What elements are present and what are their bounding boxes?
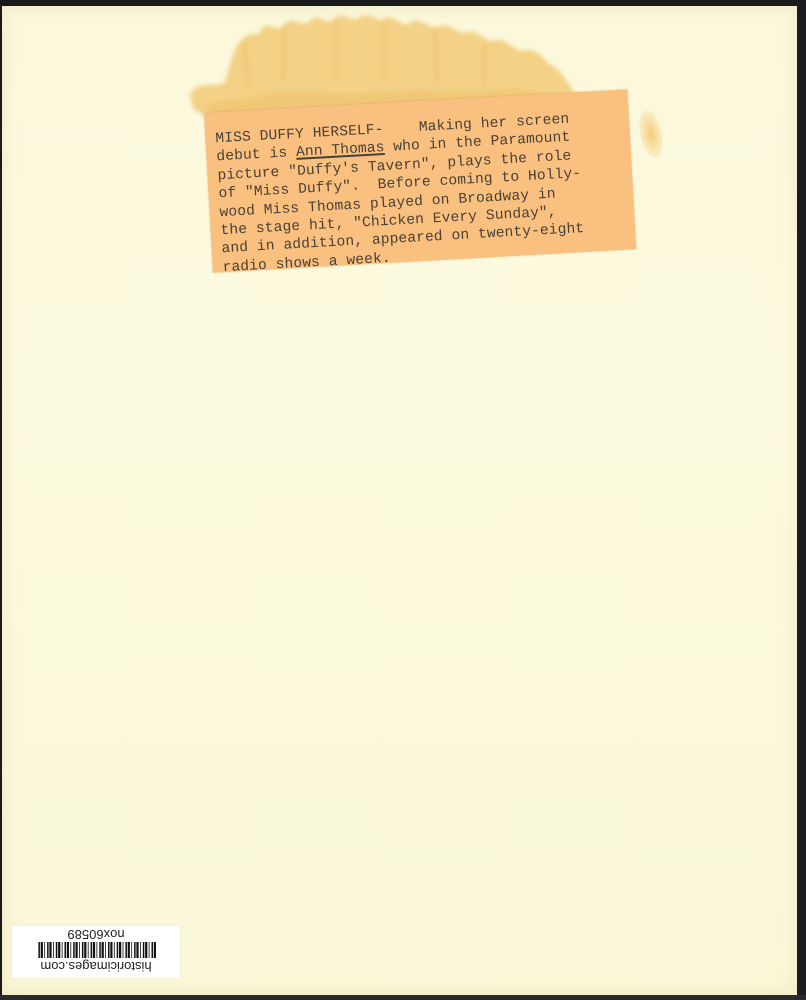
barcode-icon <box>36 942 156 958</box>
barcode-label: historicimages.com nox60589 <box>12 926 180 978</box>
caption-text: MISS DUFFY HERSELF- Making her screendeb… <box>215 108 633 278</box>
label-id-text: nox60589 <box>12 927 180 942</box>
scan-border-bottom <box>0 995 806 1000</box>
label-site-text: historicimages.com <box>12 959 180 974</box>
scan-border-right <box>797 0 806 1000</box>
typed-caption-slip: MISS DUFFY HERSELF- Making her screendeb… <box>204 89 636 272</box>
